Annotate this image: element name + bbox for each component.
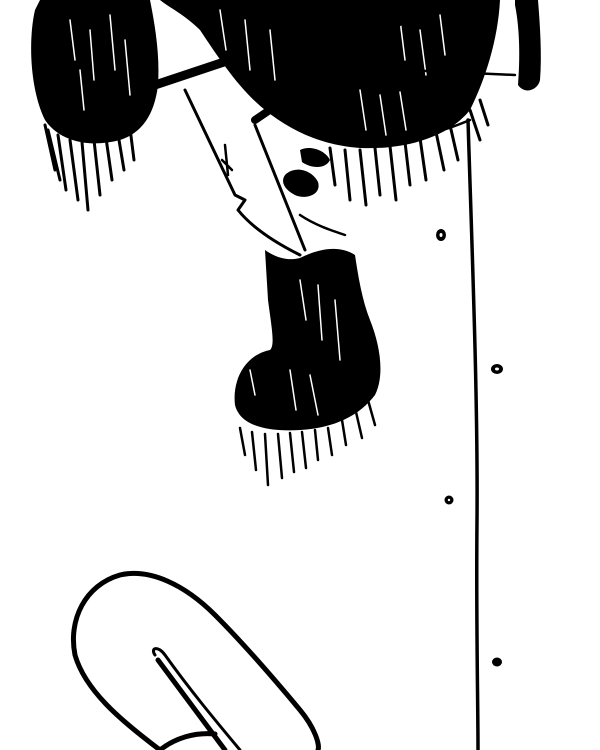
beard-mass [235,249,381,485]
vertical-panel-line [468,120,478,750]
cigarette-stub [515,0,541,90]
hair-left-mass [31,0,158,210]
ink-illustration [0,0,600,750]
panel-dots [436,229,503,667]
rounded-outline-shape [73,573,318,750]
hair-top-mass [160,0,500,205]
